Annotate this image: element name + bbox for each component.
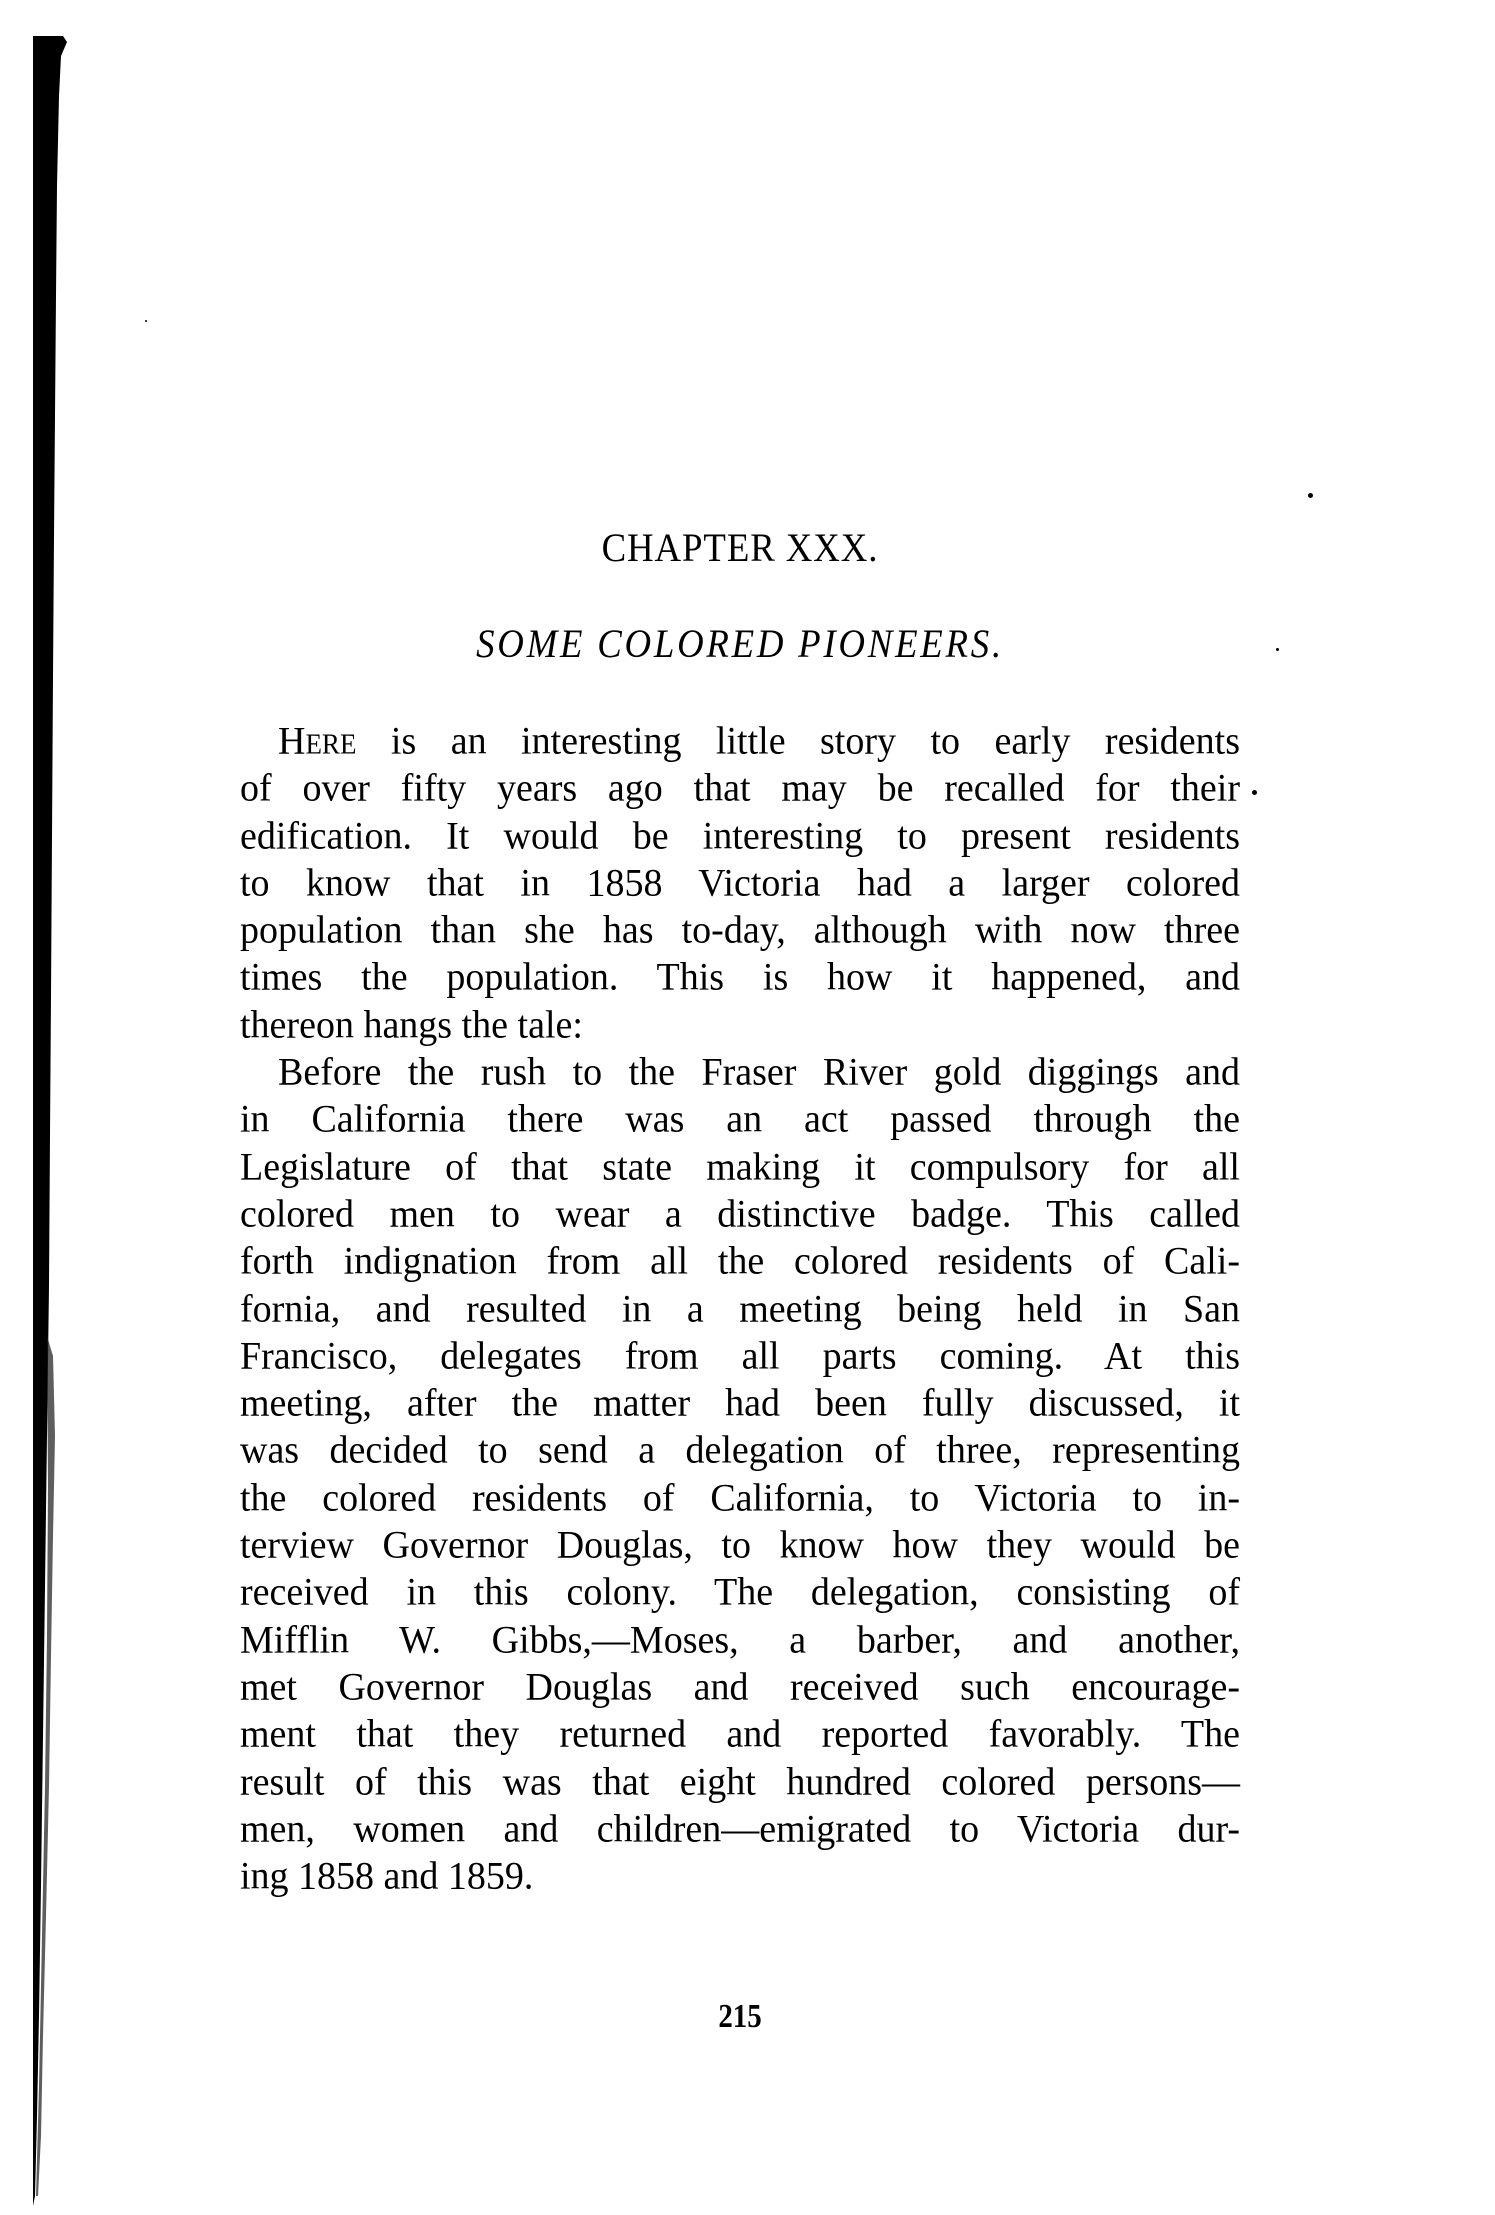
scan-speck	[145, 320, 147, 322]
text-line: colored men to wear a distinctive badge.…	[240, 1190, 1240, 1239]
chapter-number: CHAPTER XXX.	[280, 528, 1200, 568]
text-line: to know that in 1858 Victoria had a larg…	[240, 859, 1240, 908]
text-line: ing 1858 and 1859.	[240, 1852, 1240, 1901]
lead-word: Here	[278, 719, 356, 763]
text-line: was decided to send a delegation of thre…	[240, 1427, 1240, 1476]
text-line: Before the rush to the Fraser River gold…	[240, 1048, 1240, 1097]
text-line: result of this was that eight hundred co…	[240, 1758, 1240, 1807]
text-line: in California there was an act passed th…	[240, 1095, 1240, 1144]
text-line: fornia, and resulted in a meeting being …	[240, 1285, 1240, 1334]
text-line: edification. It would be interesting to …	[240, 812, 1240, 861]
text-line: terview Governor Douglas, to know how th…	[240, 1521, 1240, 1570]
scan-speck	[1252, 790, 1257, 795]
text-line: met Governor Douglas and received such e…	[240, 1663, 1240, 1712]
text-line: Here is an interesting little story to e…	[240, 717, 1240, 766]
text-line: the colored residents of California, to …	[240, 1474, 1240, 1523]
chapter-title: SOME COLORED PIONEERS.	[280, 624, 1200, 664]
book-binding-shadow	[33, 36, 77, 2206]
text-line: Mifflin W. Gibbs,—Moses, a barber, and a…	[240, 1616, 1240, 1665]
text-line: ment that they returned and reported fav…	[240, 1710, 1240, 1759]
body-text: Here is an interesting little story to e…	[240, 718, 1240, 1900]
page-number: 215	[315, 2000, 1165, 2034]
text-line: forth indignation from all the colored r…	[240, 1237, 1240, 1286]
text-line: population than she has to-day, although…	[240, 906, 1240, 955]
text-line: Francisco, delegates from all parts comi…	[240, 1332, 1240, 1381]
scan-speck	[1308, 493, 1313, 498]
text-line: Legislature of that state making it comp…	[240, 1143, 1240, 1192]
text-line: of over fifty years ago that may be reca…	[240, 764, 1240, 813]
text-line: meeting, after the matter had been fully…	[240, 1379, 1240, 1428]
paragraph: Here is an interesting little story to e…	[240, 718, 1240, 1049]
text-line: thereon hangs the tale:	[240, 1001, 1240, 1050]
paragraph: Before the rush to the Fraser River gold…	[240, 1049, 1240, 1900]
scan-speck	[1276, 648, 1279, 651]
text-line: received in this colony. The delegation,…	[240, 1568, 1240, 1617]
text-line: men, women and children—emigrated to Vic…	[240, 1805, 1240, 1854]
binding-edge-graphic	[33, 36, 77, 2206]
text-line: times the population. This is how it hap…	[240, 954, 1240, 1003]
